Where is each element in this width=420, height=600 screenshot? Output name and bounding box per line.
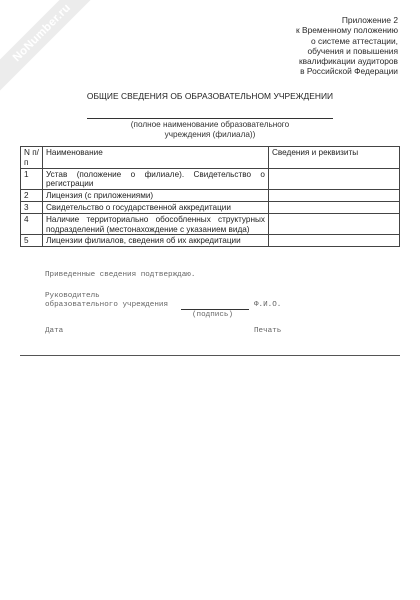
seal-label: Печать [254,327,281,335]
appendix-line: Приложение 2 [296,15,398,25]
caption-line: учреждения (филиала)) [87,130,333,140]
row-number: 3 [21,201,43,213]
table-row: 1 Устав (положение о филиале). Свидетель… [21,168,400,190]
table-row: 3 Свидетельство о государственной аккред… [21,201,400,213]
bottom-divider [20,355,400,356]
row-value [269,168,400,190]
signer-role-line2: образовательного учреждения [45,301,168,309]
appendix-line: к Временному положению [296,25,398,35]
row-name: Лицензия (с приложениями) [43,190,269,202]
table-header-row: N п/п Наименование Сведения и реквизиты [21,147,400,169]
appendix-line: о системе аттестации, [296,36,398,46]
watermark: NoNumber.ru [0,0,106,97]
signature-caption: (подпись) [192,311,233,319]
header-number: N п/п [21,147,43,169]
signer-role-line1: Руководитель [45,292,100,300]
document-title: ОБЩИЕ СВЕДЕНИЯ ОБ ОБРАЗОВАТЕЛЬНОМ УЧРЕЖД… [0,91,420,101]
table-row: 5 Лицензии филиалов, сведения об их аккр… [21,235,400,247]
appendix-line: в Российской Федерации [296,66,398,76]
row-number: 2 [21,190,43,202]
caption-line: (полное наименование образовательного [87,120,333,130]
appendix-line: квалификации аудиторов [296,56,398,66]
row-name: Свидетельство о государственной аккредит… [43,201,269,213]
row-number: 5 [21,235,43,247]
fio-label: Ф.И.О. [254,301,281,309]
header-details: Сведения и реквизиты [269,147,400,169]
row-name: Наличие территориально обособленных стру… [43,213,269,235]
row-value [269,235,400,247]
institution-name-line [87,118,333,119]
appendix-line: обучения и повышения [296,46,398,56]
row-value [269,190,400,202]
appendix-header: Приложение 2 к Временному положению о си… [296,15,398,77]
header-name: Наименование [43,147,269,169]
row-value [269,201,400,213]
row-number: 1 [21,168,43,190]
info-table: N п/п Наименование Сведения и реквизиты … [20,146,400,247]
date-label: Дата [45,327,63,335]
row-value [269,213,400,235]
table-row: 2 Лицензия (с приложениями) [21,190,400,202]
institution-name-caption: (полное наименование образовательного уч… [87,120,333,140]
signature-line [181,309,249,310]
row-name: Лицензии филиалов, сведения об их аккред… [43,235,269,247]
table-row: 4 Наличие территориально обособленных ст… [21,213,400,235]
confirmation-text: Приведенные сведения подтверждаю. [45,271,195,279]
row-number: 4 [21,213,43,235]
row-name: Устав (положение о филиале). Свидетельст… [43,168,269,190]
